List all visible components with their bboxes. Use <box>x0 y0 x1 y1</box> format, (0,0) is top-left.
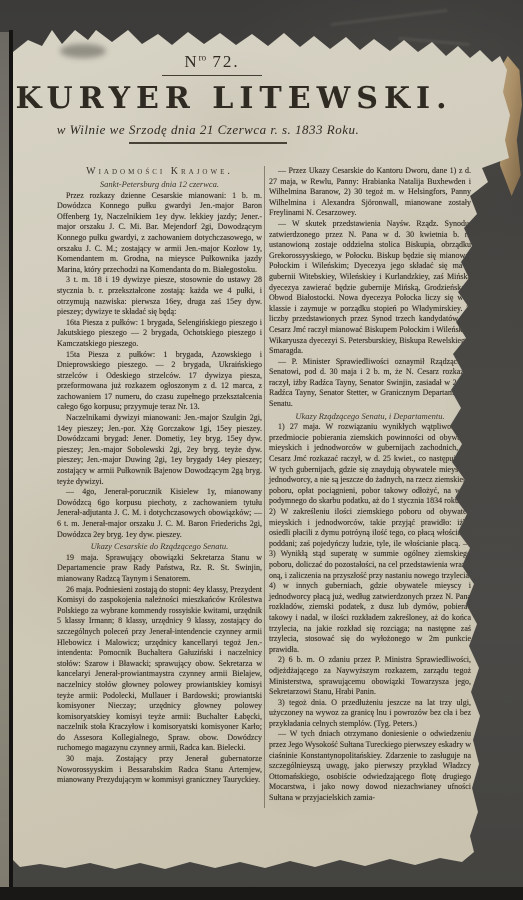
bottom-shadow-band <box>0 887 523 900</box>
paragraph: Przez rozkazy dzienne Cesarskie mianowan… <box>57 191 262 276</box>
paragraph: 15ta Piesza z pułków: 1 brygada, Azowski… <box>57 350 262 414</box>
paragraph: 26 maja. Podniesieni zostają do stopni: … <box>57 585 262 755</box>
paragraph: 16ta Piesza z pułków: 1 brygada, Selengi… <box>57 318 262 350</box>
masthead: Nro 72. KURYER LITEWSKI. w Wilnie we Srz… <box>13 52 475 144</box>
paragraph: — Przez Ukazy Cesarskie do Kantoru Dworu… <box>269 166 471 219</box>
paragraph: 19 maja. Sprawujący obowiązki Sekretarza… <box>57 553 262 585</box>
paragraph: 3 t. m. 18 i 19 dywizye piesze, stosowni… <box>57 275 262 317</box>
section-heading: Ukazy Rządzącego Senatu, i Departamentu. <box>269 411 471 422</box>
paragraph: Naczelnikami dywizyi mianowani: Jen.-maj… <box>57 413 262 487</box>
scanned-newspaper-page: { "masthead": { "issue_prefix": "N", "is… <box>0 0 523 900</box>
paragraph: 2) 6 b. m. O zdaniu przez P. Ministra Sp… <box>269 655 471 697</box>
adjacent-page-edge <box>0 32 9 900</box>
right-column: — Przez Ukazy Cesarskie do Kantoru Dworu… <box>269 166 471 804</box>
paragraph: 3) tegoż dnia. O przedłużeniu jeszcze na… <box>269 698 471 730</box>
binding-shadow <box>9 30 13 900</box>
issue-number: Nro 72. <box>162 52 261 76</box>
paragraph: — W skutek przedstawienia Nayśw. Rządz. … <box>269 219 471 357</box>
issue-value: 72. <box>206 52 240 71</box>
dateline-rule <box>129 142 287 144</box>
section-heading: Sankt-Petersburg dnia 12 czerwca. <box>57 179 262 190</box>
paragraph: 30 maja. Zostający przy Jenerał gubernat… <box>57 754 262 786</box>
paper-sheet: Nro 72. KURYER LITEWSKI. w Wilnie we Srz… <box>0 0 523 900</box>
issue-prefix: N <box>184 52 198 71</box>
paragraph: — W tych dniach otrzymano doniesienie o … <box>269 729 471 803</box>
section-heading: Ukazy Cesarskie do Rządzącego Senatu. <box>57 541 262 552</box>
dateline: w Wilnie we Srzodę dnia 21 Czerwca r. s.… <box>0 122 439 138</box>
column-divider <box>264 166 265 808</box>
paragraph: — P. Minister Sprawiedliwości oznaymił R… <box>269 357 471 410</box>
newspaper-title: KURYER LITEWSKI. <box>3 81 465 116</box>
section-heading: Wiadomości Krajowe. <box>57 166 262 178</box>
paragraph: — 4go, Jenerał-porucznik Kisielew 1y, mi… <box>57 487 262 540</box>
left-column: Wiadomości Krajowe.Sankt-Petersburg dnia… <box>57 166 262 786</box>
paragraph: 1) 27 maja. W rozwiązaniu wynikłych wątp… <box>269 422 471 655</box>
issue-superscript: ro <box>199 52 207 62</box>
